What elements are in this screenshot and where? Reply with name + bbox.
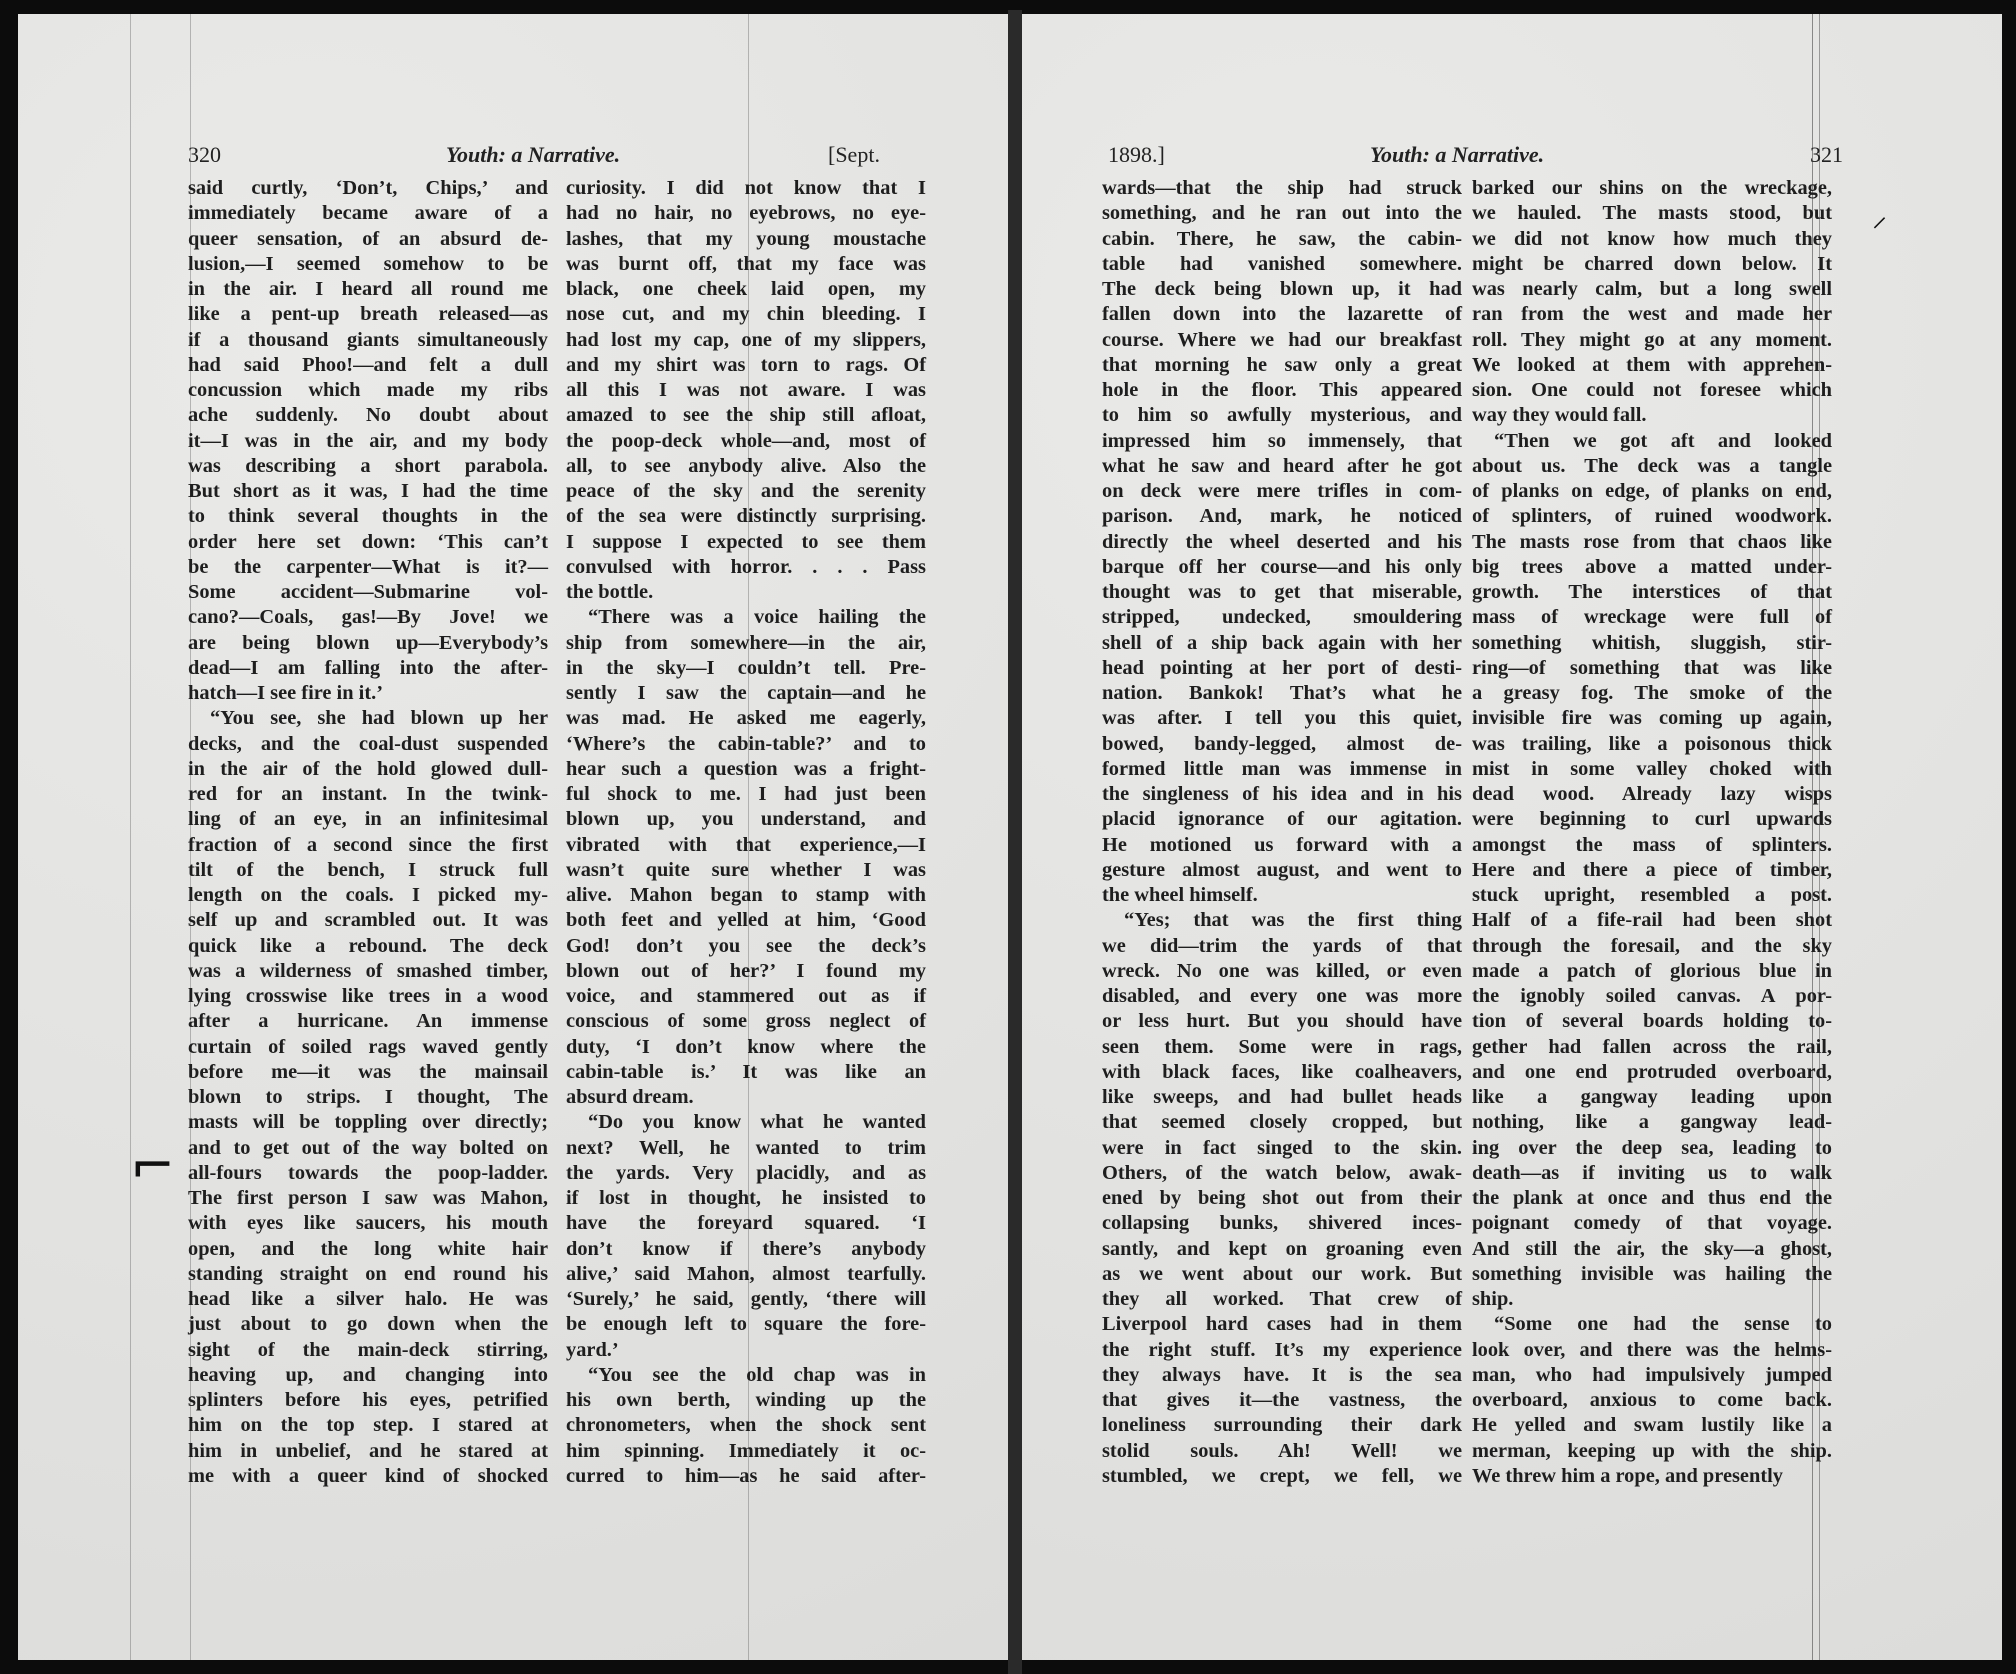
text-line: of splinters, of ruined woodwork.	[1472, 504, 1832, 529]
text-line: formed little man was immense in	[1102, 757, 1462, 782]
text-line: just about to go down when the	[188, 1312, 548, 1337]
text-line: something whitish, sluggish, stir-	[1472, 631, 1832, 656]
text-line: growth. The interstices of that	[1472, 580, 1832, 605]
text-line: conscious of some gross neglect of	[566, 1009, 926, 1034]
text-line: cabin-table is.’ It was like an	[566, 1060, 926, 1085]
left-page-column-2: curiosity. I did not know that Ihad no h…	[566, 176, 926, 1489]
text-line: all this I was not aware. I was	[566, 378, 926, 403]
text-line: “There was a voice hailing the	[566, 605, 926, 630]
text-line: we did not know how much they	[1472, 227, 1832, 252]
text-line: course. Where we had our breakfast	[1102, 328, 1462, 353]
text-line: was describing a short parabola.	[188, 454, 548, 479]
text-line: after a hurricane. An immense	[188, 1009, 548, 1034]
text-line: roll. They might go at any moment.	[1472, 328, 1832, 353]
text-line: placid ignorance of our agitation.	[1102, 807, 1462, 832]
text-line: lashes, that my young moustache	[566, 227, 926, 252]
text-line: like sweeps, and had bullet heads	[1102, 1085, 1462, 1110]
text-line: tion of several boards holding to-	[1472, 1009, 1832, 1034]
text-line: amongst the mass of splinters.	[1472, 833, 1832, 858]
text-line: before me—it was the mainsail	[188, 1060, 548, 1085]
right-page-column-1: wards—that the ship had strucksomething,…	[1102, 176, 1462, 1489]
text-line: cabin. There, he saw, the cabin-	[1102, 227, 1462, 252]
text-line: ache suddenly. No doubt about	[188, 403, 548, 428]
text-line: like a gangway leading upon	[1472, 1085, 1832, 1110]
text-line: directly the wheel deserted and his	[1102, 530, 1462, 555]
text-line: in the air of the hold glowed dull-	[188, 757, 548, 782]
text-line: red for an instant. In the twink-	[188, 782, 548, 807]
text-line: hatch—I see fire in it.’	[188, 681, 548, 706]
text-line: blown out of her?’ I found my	[566, 959, 926, 984]
text-line: was burnt off, that my face was	[566, 252, 926, 277]
text-line: amazed to see the ship still afloat,	[566, 403, 926, 428]
text-line: And still the air, the sky—a ghost,	[1472, 1237, 1832, 1262]
text-line: stolid souls. Ah! Well! we	[1102, 1439, 1462, 1464]
running-title: Youth: a Narrative.	[1370, 142, 1544, 168]
text-line: him in unbelief, and he stared at	[188, 1439, 548, 1464]
text-line: ened by being shot out from their	[1102, 1186, 1462, 1211]
text-line: thought was to get that miserable,	[1102, 580, 1462, 605]
text-line: him on the top step. I stared at	[188, 1413, 548, 1438]
text-line: “Yes; that was the first thing	[1102, 908, 1462, 933]
text-line: quick like a rebound. The deck	[188, 934, 548, 959]
text-line: something invisible was hailing the	[1472, 1262, 1832, 1287]
text-line: something, and he ran out into the	[1102, 201, 1462, 226]
text-line: vibrated with that experience,—I	[566, 833, 926, 858]
text-line: impressed him so immensely, that	[1102, 429, 1462, 454]
date-mark: 1898.]	[1108, 142, 1165, 168]
text-line: blown to strips. I thought, The	[188, 1085, 548, 1110]
text-line: the yards. Very placidly, and as	[566, 1161, 926, 1186]
text-line: they always have. It is the sea	[1102, 1363, 1462, 1388]
text-line: But short as it was, I had the time	[188, 479, 548, 504]
text-line: shell of a ship back again with her	[1102, 631, 1462, 656]
text-line: peace of the sky and the serenity	[566, 479, 926, 504]
text-line: of the sea were distinctly surprising.	[566, 504, 926, 529]
text-line: had lost my cap, one of my slippers,	[566, 328, 926, 353]
text-line: man, who had impulsively jumped	[1472, 1363, 1832, 1388]
text-line: alive. Mahon began to stamp with	[566, 883, 926, 908]
text-line: tilt of the bench, I struck full	[188, 858, 548, 883]
text-line: invisible fire was coming up again,	[1472, 706, 1832, 731]
text-line: “Some one had the sense to	[1472, 1312, 1832, 1337]
text-line: nation. Bankok! That’s what he	[1102, 681, 1462, 706]
text-line: blown up, you understand, and	[566, 807, 926, 832]
text-line: I suppose I expected to see them	[566, 530, 926, 555]
margin-pencil-mark: ⌐	[130, 1134, 175, 1197]
text-line: queer sensation, of an absurd de-	[188, 227, 548, 252]
text-line: “Do you know what he wanted	[566, 1110, 926, 1135]
text-line: had said Phoo!—and felt a dull	[188, 353, 548, 378]
text-line: all-fours towards the poop-ladder.	[188, 1161, 548, 1186]
text-line: ran from the west and made her	[1472, 302, 1832, 327]
text-line: The masts rose from that chaos like	[1472, 530, 1832, 555]
running-head-right: 1898.] Youth: a Narrative. 321	[1108, 142, 1858, 172]
text-line: ing over the deep sea, leading to	[1472, 1136, 1832, 1161]
text-line: to him so awfully mysterious, and	[1102, 403, 1462, 428]
running-title: Youth: a Narrative.	[446, 142, 620, 168]
text-line: cano?—Coals, gas!—By Jove! we	[188, 605, 548, 630]
text-line: gether had fallen across the rail,	[1472, 1035, 1832, 1060]
text-line: way they would fall.	[1472, 403, 1832, 428]
text-line: overboard, anxious to come back.	[1472, 1388, 1832, 1413]
left-page-column-1: said curtly, ‘Don’t, Chips,’ andimmediat…	[188, 176, 548, 1489]
text-line: The deck being blown up, it had	[1102, 277, 1462, 302]
page-number: 321	[1810, 142, 1843, 168]
margin-pencil-mark: ⸝	[1872, 194, 1887, 235]
text-line: mass of wreckage were full of	[1472, 605, 1832, 630]
text-line: big trees above a matted under-	[1472, 555, 1832, 580]
text-line: seen them. Some were in rags,	[1102, 1035, 1462, 1060]
page-number: 320	[188, 142, 221, 168]
text-line: bowed, bandy-legged, almost de-	[1102, 732, 1462, 757]
text-line: fraction of a second since the first	[188, 833, 548, 858]
text-line: wasn’t quite sure whether I was	[566, 858, 926, 883]
text-line: with eyes like saucers, his mouth	[188, 1211, 548, 1236]
text-line: decks, and the coal-dust suspended	[188, 732, 548, 757]
text-line: if a thousand giants simultaneously	[188, 328, 548, 353]
text-line: his own berth, winding up the	[566, 1388, 926, 1413]
text-line: stripped, undecked, smouldering	[1102, 605, 1462, 630]
text-line: stuck upright, resembled a post.	[1472, 883, 1832, 908]
text-line: head pointing at her port of desti-	[1102, 656, 1462, 681]
text-line: sently I saw the captain—and he	[566, 681, 926, 706]
text-line: if lost in thought, he insisted to	[566, 1186, 926, 1211]
text-line: might be charred down below. It	[1472, 252, 1832, 277]
text-line: He motioned us forward with a	[1102, 833, 1462, 858]
text-line: ling of an eye, in an infinitesimal	[188, 807, 548, 832]
text-line: collapsing bunks, shivered inces-	[1102, 1211, 1462, 1236]
text-line: hear such a question was a fright-	[566, 757, 926, 782]
text-line: all, to see anybody alive. Also the	[566, 454, 926, 479]
text-line: sight of the main-deck stirring,	[188, 1338, 548, 1363]
text-line: in the sky—I couldn’t tell. Pre-	[566, 656, 926, 681]
text-line: to think several thoughts in the	[188, 504, 548, 529]
text-line: me with a queer kind of shocked	[188, 1464, 548, 1489]
text-line: alive,’ said Mahon, almost tearfully.	[566, 1262, 926, 1287]
text-line: the right stuff. It’s my experience	[1102, 1338, 1462, 1363]
text-line: ship from somewhere—in the air,	[566, 631, 926, 656]
text-line: parison. And, mark, he noticed	[1102, 504, 1462, 529]
text-line: loneliness surrounding their dark	[1102, 1413, 1462, 1438]
text-line: nothing, like a gangway lead-	[1472, 1110, 1832, 1135]
text-line: a greasy fog. The smoke of the	[1472, 681, 1832, 706]
text-line: curtain of soiled rags waved gently	[188, 1035, 548, 1060]
text-line: ring—of something that was like	[1472, 656, 1832, 681]
text-line: Others, of the watch below, awak-	[1102, 1161, 1462, 1186]
text-line: length on the coals. I picked my-	[188, 883, 548, 908]
text-line: heaving up, and changing into	[188, 1363, 548, 1388]
text-line: fallen down into the lazarette of	[1102, 302, 1462, 327]
text-line: barque off her course—and his only	[1102, 555, 1462, 580]
text-line: him spinning. Immediately it oc-	[566, 1439, 926, 1464]
text-line: were beginning to curl upwards	[1472, 807, 1832, 832]
text-line: look over, and there was the helms-	[1472, 1338, 1832, 1363]
text-line: what he saw and heard after he got	[1102, 454, 1462, 479]
text-line: through the foresail, and the sky	[1472, 934, 1832, 959]
scan-rule	[130, 14, 131, 1660]
text-line: barked our shins on the wreckage,	[1472, 176, 1832, 201]
text-line: ‘Where’s the cabin-table?’ and to	[566, 732, 926, 757]
text-line: like a pent-up breath released—as	[188, 302, 548, 327]
text-line: “You see, she had blown up her	[188, 706, 548, 731]
text-line: We threw him a rope, and presently	[1472, 1464, 1832, 1489]
text-line: curred to him—as he said after-	[566, 1464, 926, 1489]
text-line: curiosity. I did not know that I	[566, 176, 926, 201]
text-line: in the air. I heard all round me	[188, 277, 548, 302]
text-line: the wheel himself.	[1102, 883, 1462, 908]
text-line: black, one cheek laid open, my	[566, 277, 926, 302]
text-line: “You see the old chap was in	[566, 1363, 926, 1388]
text-line: the bottle.	[566, 580, 926, 605]
text-line: dead wood. Already lazy wisps	[1472, 782, 1832, 807]
text-line: yard.’	[566, 1338, 926, 1363]
text-line: santly, and kept on groaning even	[1102, 1237, 1462, 1262]
text-line: sion. One could not foresee which	[1472, 378, 1832, 403]
text-line: mist in some valley choked with	[1472, 757, 1832, 782]
text-line: was nearly calm, but a long swell	[1472, 277, 1832, 302]
text-line: that seemed closely cropped, but	[1102, 1110, 1462, 1135]
text-line: it—I was in the air, and my body	[188, 429, 548, 454]
text-line: “Then we got aft and looked	[1472, 429, 1832, 454]
text-line: were in fact singed to the skin.	[1102, 1136, 1462, 1161]
text-line: about us. The deck was a tangle	[1472, 454, 1832, 479]
text-line: have the foreyard squared. ‘I	[566, 1211, 926, 1236]
text-line: that morning he saw only a great	[1102, 353, 1462, 378]
text-line: poignant comedy of that voyage.	[1472, 1211, 1832, 1236]
text-line: with black faces, like coalheavers,	[1102, 1060, 1462, 1085]
text-line: open, and the long white hair	[188, 1237, 548, 1262]
text-line: immediately became aware of a	[188, 201, 548, 226]
text-line: wreck. No one was killed, or even	[1102, 959, 1462, 984]
text-line: ful shock to me. I had just been	[566, 782, 926, 807]
left-page: 320 Youth: a Narrative. [Sept. said curt…	[18, 14, 1008, 1660]
text-line: had no hair, no eyebrows, no eye-	[566, 201, 926, 226]
text-line: masts will be toppling over directly;	[188, 1110, 548, 1135]
text-line: standing straight on end round his	[188, 1262, 548, 1287]
text-line: as we went about our work. But	[1102, 1262, 1462, 1287]
text-line: concussion which made my ribs	[188, 378, 548, 403]
text-line: was mad. He asked me eagerly,	[566, 706, 926, 731]
text-line: be the carpenter—What is it?—	[188, 555, 548, 580]
date-mark: [Sept.	[828, 142, 880, 168]
text-line: are being blown up—Everybody’s	[188, 631, 548, 656]
text-line: both feet and yelled at him, ‘Good	[566, 908, 926, 933]
text-line: Here and there a piece of timber,	[1472, 858, 1832, 883]
text-line: gesture almost august, and went to	[1102, 858, 1462, 883]
text-line: convulsed with horror. . . . Pass	[566, 555, 926, 580]
text-line: don’t know if there’s anybody	[566, 1237, 926, 1262]
right-page-column-2: barked our shins on the wreckage,we haul…	[1472, 176, 1832, 1489]
text-line: be enough left to square the fore-	[566, 1312, 926, 1337]
running-head-left: 320 Youth: a Narrative. [Sept.	[188, 142, 928, 172]
text-line: absurd dream.	[566, 1085, 926, 1110]
text-line: The first person I saw was Mahon,	[188, 1186, 548, 1211]
text-line: and my shirt was torn to rags. Of	[566, 353, 926, 378]
text-line: head like a silver halo. He was	[188, 1287, 548, 1312]
text-line: next? Well, he wanted to trim	[566, 1136, 926, 1161]
text-line: chronometers, when the shock sent	[566, 1413, 926, 1438]
text-line: was a wilderness of smashed timber,	[188, 959, 548, 984]
text-line: said curtly, ‘Don’t, Chips,’ and	[188, 176, 548, 201]
text-line: God! don’t you see the deck’s	[566, 934, 926, 959]
text-line: made a patch of glorious blue in	[1472, 959, 1832, 984]
text-line: on deck were mere trifles in com-	[1102, 479, 1462, 504]
text-line: of planks on edge, of planks on end,	[1472, 479, 1832, 504]
text-line: self up and scrambled out. It was	[188, 908, 548, 933]
text-line: merman, keeping up with the ship.	[1472, 1439, 1832, 1464]
text-line: nose cut, and my chin bleeding. I	[566, 302, 926, 327]
text-line: and one end protruded overboard,	[1472, 1060, 1832, 1085]
text-line: order here set down: ‘This can’t	[188, 530, 548, 555]
text-line: was trailing, like a poisonous thick	[1472, 732, 1832, 757]
text-line: they all worked. That crew of	[1102, 1287, 1462, 1312]
text-line: wards—that the ship had struck	[1102, 176, 1462, 201]
text-line: dead—I am falling into the after-	[188, 656, 548, 681]
text-line: that gives it—the vastness, the	[1102, 1388, 1462, 1413]
text-line: He yelled and swam lustily like a	[1472, 1413, 1832, 1438]
text-line: voice, and stammered out as if	[566, 984, 926, 1009]
text-line: ‘Surely,’ he said, gently, ‘there will	[566, 1287, 926, 1312]
text-line: death—as if inviting us to walk	[1472, 1161, 1832, 1186]
text-line: splinters before his eyes, petrified	[188, 1388, 548, 1413]
text-line: we hauled. The masts stood, but	[1472, 201, 1832, 226]
text-line: stumbled, we crept, we fell, we	[1102, 1464, 1462, 1489]
text-line: We looked at them with apprehen-	[1472, 353, 1832, 378]
text-line: lying crosswise like trees in a wood	[188, 984, 548, 1009]
text-line: Some accident—Submarine vol-	[188, 580, 548, 605]
book-gutter	[1008, 10, 1022, 1674]
text-line: the ignobly soiled canvas. A por-	[1472, 984, 1832, 1009]
text-line: Liverpool hard cases had in them	[1102, 1312, 1462, 1337]
text-line: we did—trim the yards of that	[1102, 934, 1462, 959]
text-line: table had vanished somewhere.	[1102, 252, 1462, 277]
text-line: duty, ‘I don’t know where the	[566, 1035, 926, 1060]
text-line: lusion,—I seemed somehow to be	[188, 252, 548, 277]
text-line: hole in the floor. This appeared	[1102, 378, 1462, 403]
text-line: and to get out of the way bolted on	[188, 1136, 548, 1161]
text-line: the poop-deck whole—and, most of	[566, 429, 926, 454]
text-line: ship.	[1472, 1287, 1832, 1312]
right-page: 1898.] Youth: a Narrative. 321 wards—tha…	[1022, 14, 2002, 1660]
text-line: was after. I tell you this quiet,	[1102, 706, 1462, 731]
text-line: disabled, and every one was more	[1102, 984, 1462, 1009]
text-line: Half of a fife-rail had been shot	[1472, 908, 1832, 933]
text-line: the plank at once and thus end the	[1472, 1186, 1832, 1211]
text-line: or less hurt. But you should have	[1102, 1009, 1462, 1034]
text-line: the singleness of his idea and in his	[1102, 782, 1462, 807]
